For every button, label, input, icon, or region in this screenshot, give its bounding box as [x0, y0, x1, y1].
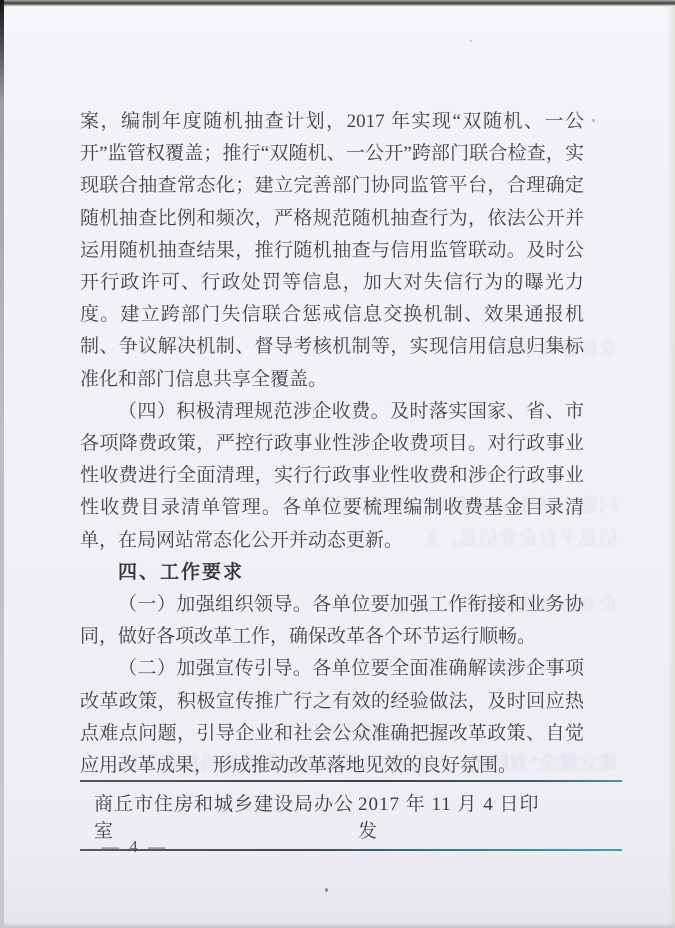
page-number: — 4 —: [102, 837, 168, 857]
scan-edge-left: [0, 0, 4, 928]
paragraph-work-item-one: （一）加强组织领导。各单位要加强工作衔接和业务协同，做好各项改革工作，确保改革各…: [80, 589, 584, 653]
scan-speck: [470, 40, 472, 42]
scan-edge-bottom: [0, 922, 675, 928]
scan-edge-top: [0, 0, 675, 7]
print-date: 2017 年 11 月 4 日印发: [358, 789, 548, 843]
scanned-page: 业信息共享全覆盖 问题，坚持“工商登记”与“部门认领”相结 信息平台企业信息，通…: [0, 0, 675, 928]
scan-speck: [325, 888, 328, 892]
scan-speck: [592, 119, 595, 122]
document-body: 案，编制年度随机抽查计划，2017 年实现“双随机、一公开”监管权覆盖；推行“双…: [80, 106, 584, 782]
issuing-office: 商丘市住房和城乡建设局办公室: [94, 789, 358, 843]
section-heading-work-requirements: 四、工作要求: [80, 557, 584, 589]
paragraph-work-item-two: （二）加强宣传引导。各单位要全面准确解读涉企事项改革政策，积极宣传推广行之有效的…: [80, 653, 584, 782]
scan-edge-right: [667, 7, 675, 928]
paragraph-item-four: （四）积极清理规范涉企收费。及时落实国家、省、市各项降费政策，严控行政事业性涉企…: [80, 396, 584, 557]
paragraph-continuation: 案，编制年度随机抽查计划，2017 年实现“双随机、一公开”监管权覆盖；推行“双…: [80, 106, 584, 396]
